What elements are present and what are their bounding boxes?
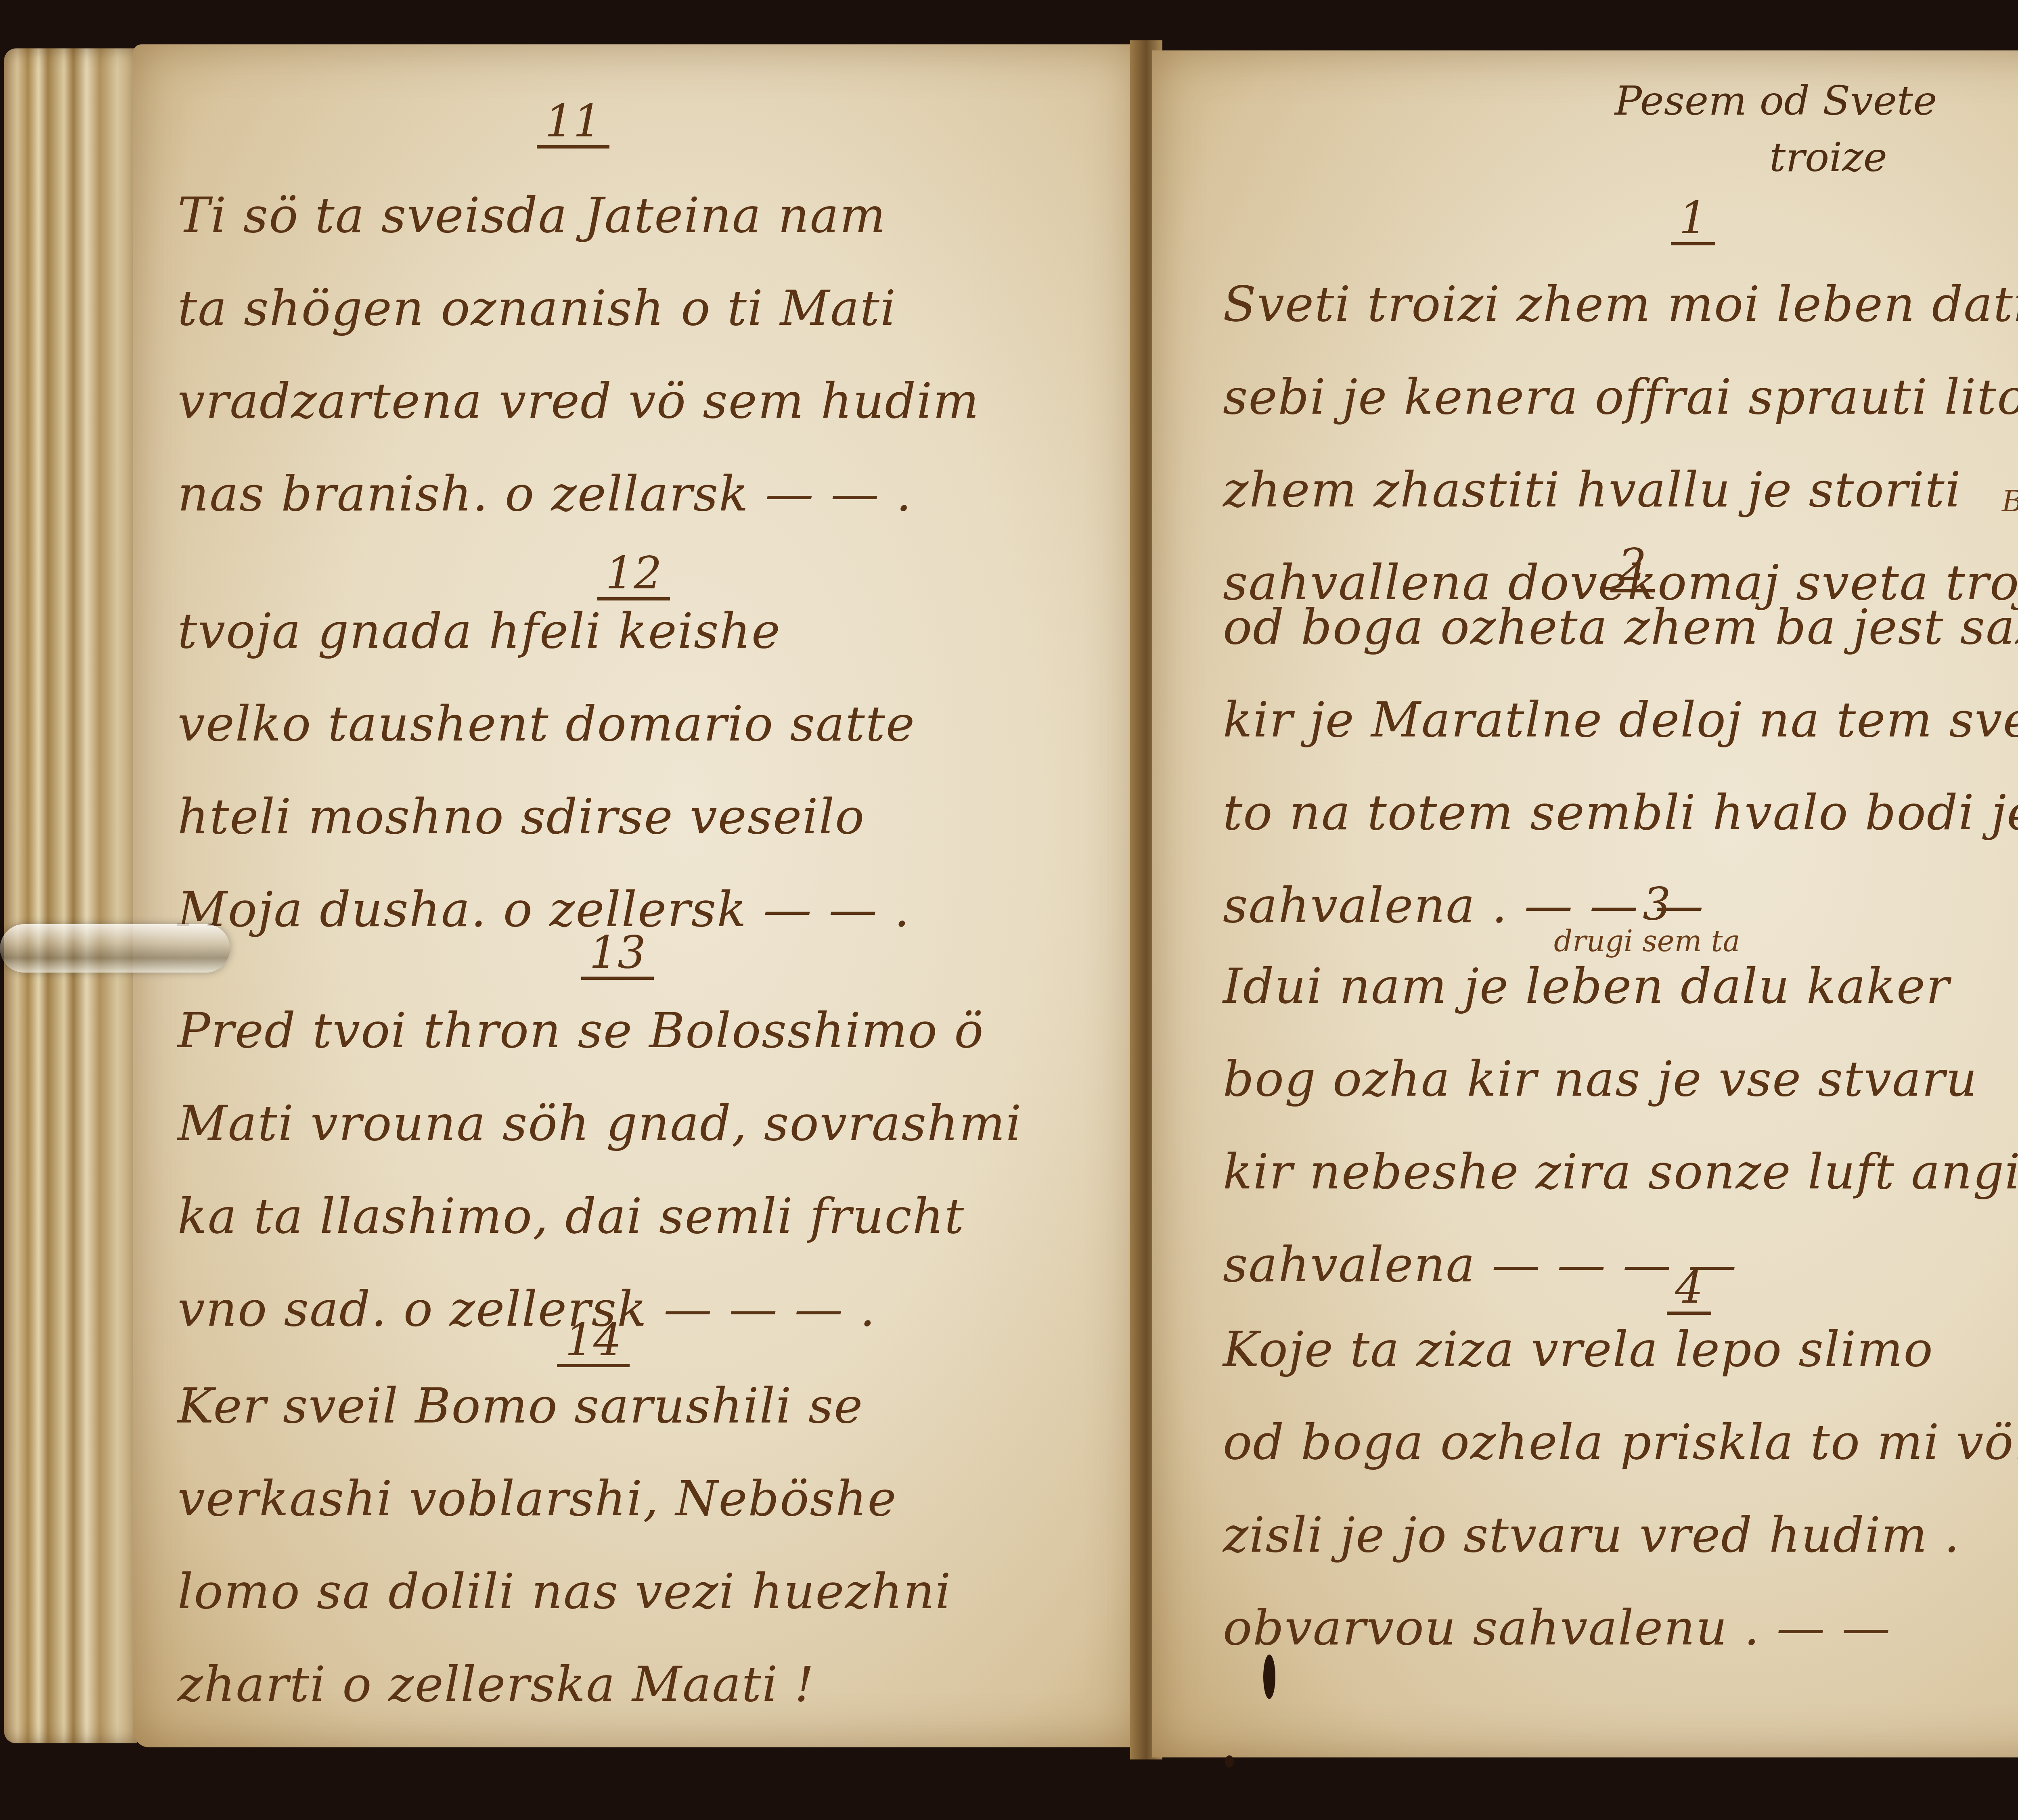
page-stack-edge — [4, 48, 137, 1743]
manuscript-line: kir je Maratlne deloj na tem sveti — [1223, 674, 2018, 767]
stanza-13-text: Pred tvoi thron se Bolosshimo ö Mati vro… — [178, 985, 1022, 1356]
stanza-12-text: tvoja gnada hfeli keishe velko taushent … — [178, 585, 915, 956]
manuscript-line: Moja dusha. o zellersk — — . — [178, 864, 915, 956]
manuscript-line: sebi je kenera offrai sprauti lito — [1223, 351, 2018, 444]
manuscript-line: to na totem sembli hvalo bodi jeme — [1223, 767, 2018, 860]
stanza-2-text: od boga ozheta zhem ba jest sazheti kir … — [1223, 581, 2018, 952]
stanza-number-1: 1 — [1671, 194, 1715, 245]
manuscript-line: od boga ozheta zhem ba jest sazheti — [1223, 581, 2018, 674]
stanza-11-text: Ti sö ta sveisda Jateina nam ta shögen o… — [178, 169, 980, 541]
manuscript-line: tvoja gnada hfeli keishe — [178, 585, 915, 678]
manuscript-line: ka ta llashimo, dai semli frucht — [178, 1170, 1022, 1263]
stanza-number-11: 11 — [537, 97, 609, 149]
manuscript-line: ta shögen oznanish o ti Mati — [178, 262, 980, 355]
open-manuscript-book: 11 Ti sö ta sveisda Jateina nam ta shöge… — [0, 0, 2018, 1820]
manuscript-line: velko taushent domario satte — [178, 678, 915, 771]
stanza-number-3: 3 — [1635, 880, 1679, 928]
stanza-number-14: 14 — [557, 1316, 630, 1367]
manuscript-line: lomo sa dolili nas vezi huezhni — [178, 1546, 952, 1638]
manuscript-line: kir nebeshe zira sonze luft angire — [1223, 1126, 2018, 1219]
manuscript-line: Idui nam je leben dalu kaker — [1223, 940, 2018, 1033]
manuscript-line: zharti o zellerska Maati ! — [178, 1638, 952, 1731]
manuscript-line: Ti sö ta sveisda Jateina nam — [178, 169, 980, 262]
ink-mark — [1225, 1755, 1234, 1768]
manuscript-line: verkashi voblarshi, Neböshe — [178, 1453, 952, 1546]
manuscript-line: obvarvou sahvalenu . — — — [1223, 1582, 2018, 1675]
hymn-title-line2: troize — [1534, 129, 2018, 186]
manuscript-line: od boga ozhela priskla to mi vömo — [1223, 1396, 2018, 1489]
stanza-4-text: Koje ta ziza vrela lepo slimo od boga oz… — [1223, 1303, 2018, 1675]
manuscript-line: Mati vrouna söh gnad, sovrashmi — [178, 1077, 1022, 1170]
hymn-title-line1: Pesem od Svete — [1534, 73, 2018, 129]
glass-page-weight-left — [0, 924, 230, 973]
manuscript-line: zisli je jo stvaru vred hudim . — [1223, 1489, 2018, 1582]
interlinear-insertion: Bodi — [2002, 484, 2018, 518]
hymn-title: Pesem od Svete troize — [1534, 73, 2018, 186]
stanza-14-text: Ker sveil Bomo sarushili se verkashi vob… — [178, 1360, 952, 1731]
manuscript-line: hteli moshno sdirse veseilo — [178, 771, 915, 864]
manuscript-line: sahvalena — — — — — [1223, 1219, 2018, 1312]
manuscript-line: Koje ta ziza vrela lepo slimo — [1223, 1303, 2018, 1396]
manuscript-line: bog ozha kir nas je vse stvaru — [1223, 1033, 2018, 1126]
manuscript-line: vradzartena vred vö sem hudim — [178, 355, 980, 448]
stanza-number-13: 13 — [581, 928, 654, 980]
manuscript-line: Ker sveil Bomo sarushili se — [178, 1360, 952, 1453]
ink-mark — [1263, 1655, 1275, 1699]
manuscript-line: Sveti troizi zhem moi leben dati sam — [1223, 258, 2018, 351]
manuscript-line: Pred tvoi thron se Bolosshimo ö — [178, 985, 1022, 1077]
stanza-3-text: Idui nam je leben dalu kaker bog ozha ki… — [1223, 940, 2018, 1312]
manuscript-line: nas branish. o zellarsk — — . — [178, 448, 980, 541]
manuscript-line: zhem zhastiti hvallu je storiti — [1223, 444, 2018, 537]
